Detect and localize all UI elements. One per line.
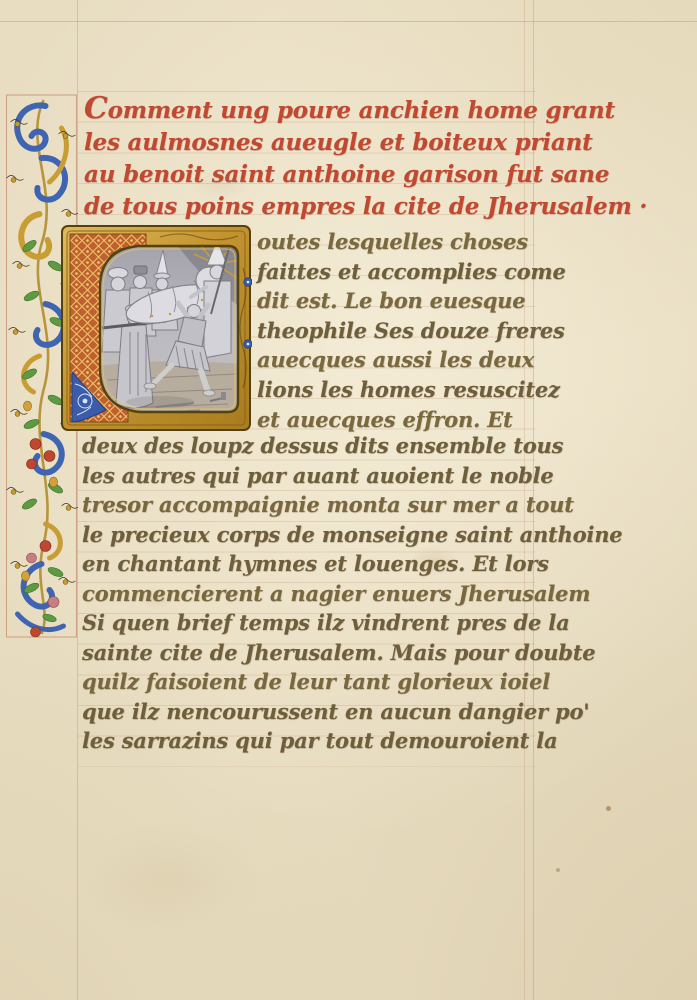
text-line: dit est. Le bon euesque	[257, 286, 566, 316]
parchment-stain	[80, 820, 260, 940]
miniature-funeral-scene	[96, 238, 242, 416]
rubric-line: de tous poins empres la cite de Jherusal…	[84, 191, 554, 223]
text-line: commencierent a nagier enuers Jherusalem	[82, 579, 622, 609]
ruling-line-horizontal-top	[0, 21, 697, 22]
rubric: Comment ung poure anchien home grant les…	[84, 93, 554, 223]
text-line: les sarrazins qui par tout demouroient l…	[82, 726, 622, 756]
rubric-line: les aulmosnes aueugle et boiteux priant	[84, 127, 554, 159]
text-line: deux des loupz dessus dits ensemble tous	[82, 431, 622, 461]
text-line: et auecques effron. Et	[257, 405, 566, 435]
rubric-line: au benoit saint anthoine garison fut san…	[84, 159, 554, 191]
text-line: les autres qui par auant auoient le nobl…	[82, 461, 622, 491]
text-column-full-width: deux des loupz dessus dits ensemble tous…	[82, 431, 622, 756]
text-line: auecques aussi les deux	[257, 345, 566, 375]
text-line: quilz faisoient de leur tant glorieux io…	[82, 667, 622, 697]
text-line: outes lesquelles choses	[257, 227, 566, 257]
parchment-speck	[556, 868, 560, 872]
text-line: le precieux corps de monseigne saint ant…	[82, 520, 622, 550]
text-line: que ilz nencourussent en aucun dangier p…	[82, 697, 622, 727]
text-line: Si quen brief temps ilz vindrent pres de…	[82, 608, 622, 638]
text-line: en chantant hymnes et louenges. Et lors	[82, 549, 622, 579]
text-column-beside-initial: outes lesquelles choses faittes et accom…	[257, 227, 566, 434]
text-line: faittes et accomplies come	[257, 257, 566, 287]
historiated-initial-panel	[60, 224, 252, 432]
manuscript-page: Comment ung poure anchien home grant les…	[0, 0, 697, 1000]
parchment-speck	[606, 806, 611, 811]
text-line: theophile Ses douze freres	[257, 316, 566, 346]
rubric-line: Comment ung poure anchien home grant	[84, 93, 554, 127]
vine-stem	[37, 100, 48, 634]
text-line: sainte cite de Jherusalem. Mais pour dou…	[82, 638, 622, 668]
text-line: tresor accompaignie monta sur mer a tout	[82, 490, 622, 520]
text-line: lions les homes resuscitez	[257, 375, 566, 405]
